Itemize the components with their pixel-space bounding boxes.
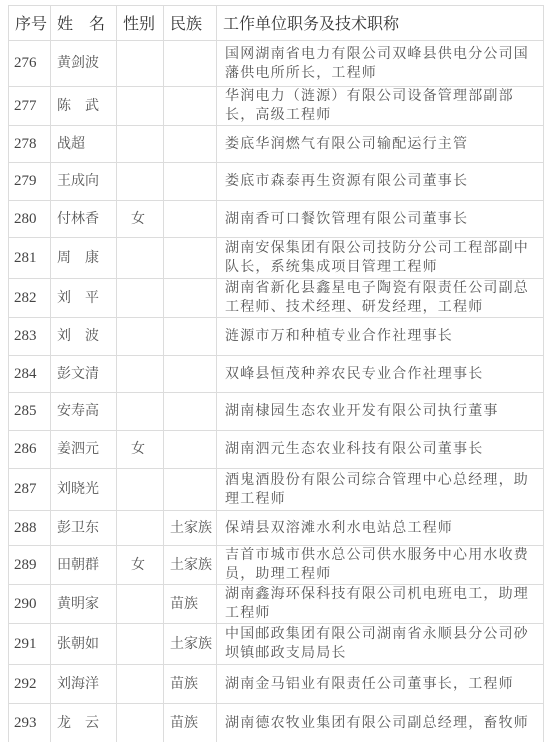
serial-number-cell: 286 xyxy=(9,431,51,469)
name-cell: 田朝群 xyxy=(51,546,117,585)
name-cell: 战超 xyxy=(51,126,117,163)
gender-cell xyxy=(117,393,164,431)
workplace-title-cell: 中国邮政集团有限公司湖南省永顺县分公司砂坝镇邮政支局局长 xyxy=(217,624,544,665)
workplace-title-cell: 吉首市城市供水总公司供水服务中心用水收费员，助理工程师 xyxy=(217,546,544,585)
name-cell: 周 康 xyxy=(51,238,117,279)
ethnicity-cell: 土家族 xyxy=(164,511,217,546)
workplace-title-cell: 酒鬼酒股份有限公司综合管理中心总经理，助理工程师 xyxy=(217,469,544,511)
ethnicity-cell xyxy=(164,279,217,318)
ethnicity-cell xyxy=(164,469,217,511)
workplace-title-cell: 湖南金马铝业有限责任公司董事长，工程师 xyxy=(217,665,544,704)
header-workplace-title: 工作单位职务及技术职称 xyxy=(217,6,544,41)
workplace-title-cell: 国网湖南省电力有限公司双峰县供电分公司国藩供电所所长，工程师 xyxy=(217,41,544,87)
serial-number-cell: 291 xyxy=(9,624,51,665)
name-cell: 安寿高 xyxy=(51,393,117,431)
workplace-title-cell: 湖南德农牧业集团有限公司副总经理，畜牧师 xyxy=(217,704,544,742)
table-row: 292刘海洋苗族湖南金马铝业有限责任公司董事长，工程师 xyxy=(9,665,544,704)
name-cell: 黄明家 xyxy=(51,585,117,624)
ethnicity-cell xyxy=(164,356,217,393)
serial-number-cell: 277 xyxy=(9,87,51,126)
ethnicity-cell xyxy=(164,87,217,126)
gender-cell xyxy=(117,704,164,742)
ethnicity-cell xyxy=(164,318,217,356)
serial-number-cell: 283 xyxy=(9,318,51,356)
table-row: 277陈 武华润电力（涟源）有限公司设备管理部副部长，高级工程师 xyxy=(9,87,544,126)
gender-cell xyxy=(117,279,164,318)
workplace-title-cell: 湖南鑫海环保科技有限公司机电班电工，助理工程师 xyxy=(217,585,544,624)
ethnicity-cell xyxy=(164,238,217,279)
header-name: 姓 名 xyxy=(51,6,117,41)
serial-number-cell: 284 xyxy=(9,356,51,393)
table-header-row: 序号 姓 名 性别 民族 工作单位职务及技术职称 xyxy=(9,6,544,41)
workplace-title-cell: 涟源市万和种植专业合作社理事长 xyxy=(217,318,544,356)
gender-cell xyxy=(117,126,164,163)
name-cell: 刘 平 xyxy=(51,279,117,318)
table-row: 281周 康湖南安保集团有限公司技防分公司工程部副中队长，系统集成项目管理工程师 xyxy=(9,238,544,279)
name-cell: 姜泗元 xyxy=(51,431,117,469)
serial-number-cell: 292 xyxy=(9,665,51,704)
ethnicity-cell xyxy=(164,163,217,201)
ethnicity-cell xyxy=(164,431,217,469)
personnel-table: 序号 姓 名 性别 民族 工作单位职务及技术职称 276黄剑波国网湖南省电力有限… xyxy=(8,5,544,742)
table-row: 279王成向娄底市森泰再生资源有限公司董事长 xyxy=(9,163,544,201)
table-row: 276黄剑波国网湖南省电力有限公司双峰县供电分公司国藩供电所所长，工程师 xyxy=(9,41,544,87)
gender-cell xyxy=(117,624,164,665)
gender-cell xyxy=(117,585,164,624)
table-row: 289田朝群女土家族吉首市城市供水总公司供水服务中心用水收费员，助理工程师 xyxy=(9,546,544,585)
header-ethnicity: 民族 xyxy=(164,6,217,41)
name-cell: 王成向 xyxy=(51,163,117,201)
serial-number-cell: 281 xyxy=(9,238,51,279)
ethnicity-cell xyxy=(164,41,217,87)
gender-cell xyxy=(117,87,164,126)
workplace-title-cell: 娄底华润燃气有限公司输配运行主管 xyxy=(217,126,544,163)
workplace-title-cell: 双峰县恒茂种养农民专业合作社理事长 xyxy=(217,356,544,393)
ethnicity-cell xyxy=(164,393,217,431)
table-row: 291张朝如土家族中国邮政集团有限公司湖南省永顺县分公司砂坝镇邮政支局局长 xyxy=(9,624,544,665)
table-row: 280付林香女湖南香可口餐饮管理有限公司董事长 xyxy=(9,201,544,238)
ethnicity-cell xyxy=(164,201,217,238)
gender-cell xyxy=(117,469,164,511)
serial-number-cell: 287 xyxy=(9,469,51,511)
ethnicity-cell: 苗族 xyxy=(164,585,217,624)
workplace-title-cell: 娄底市森泰再生资源有限公司董事长 xyxy=(217,163,544,201)
serial-number-cell: 285 xyxy=(9,393,51,431)
header-gender: 性别 xyxy=(117,6,164,41)
ethnicity-cell: 土家族 xyxy=(164,546,217,585)
table-row: 282刘 平湖南省新化县鑫星电子陶瓷有限责任公司副总工程师、技术经理、研发经理，… xyxy=(9,279,544,318)
name-cell: 彭卫东 xyxy=(51,511,117,546)
serial-number-cell: 290 xyxy=(9,585,51,624)
table-row: 278战超娄底华润燃气有限公司输配运行主管 xyxy=(9,126,544,163)
gender-cell: 女 xyxy=(117,431,164,469)
serial-number-cell: 279 xyxy=(9,163,51,201)
name-cell: 刘 波 xyxy=(51,318,117,356)
header-serial-number: 序号 xyxy=(9,6,51,41)
table-row: 283刘 波涟源市万和种植专业合作社理事长 xyxy=(9,318,544,356)
gender-cell xyxy=(117,318,164,356)
table-row: 290黄明家苗族湖南鑫海环保科技有限公司机电班电工，助理工程师 xyxy=(9,585,544,624)
gender-cell xyxy=(117,665,164,704)
table-row: 284彭文清双峰县恒茂种养农民专业合作社理事长 xyxy=(9,356,544,393)
ethnicity-cell: 苗族 xyxy=(164,665,217,704)
name-cell: 黄剑波 xyxy=(51,41,117,87)
serial-number-cell: 282 xyxy=(9,279,51,318)
name-cell: 付林香 xyxy=(51,201,117,238)
serial-number-cell: 288 xyxy=(9,511,51,546)
table-row: 288彭卫东土家族保靖县双溶滩水利水电站总工程师 xyxy=(9,511,544,546)
gender-cell xyxy=(117,356,164,393)
table-row: 287刘晓光酒鬼酒股份有限公司综合管理中心总经理，助理工程师 xyxy=(9,469,544,511)
table-row: 293龙 云苗族湖南德农牧业集团有限公司副总经理，畜牧师 xyxy=(9,704,544,742)
serial-number-cell: 276 xyxy=(9,41,51,87)
gender-cell xyxy=(117,41,164,87)
workplace-title-cell: 湖南棣园生态农业开发有限公司执行董事 xyxy=(217,393,544,431)
name-cell: 刘海洋 xyxy=(51,665,117,704)
gender-cell xyxy=(117,511,164,546)
gender-cell xyxy=(117,163,164,201)
gender-cell: 女 xyxy=(117,201,164,238)
ethnicity-cell xyxy=(164,126,217,163)
table-row: 285安寿高湖南棣园生态农业开发有限公司执行董事 xyxy=(9,393,544,431)
workplace-title-cell: 湖南省新化县鑫星电子陶瓷有限责任公司副总工程师、技术经理、研发经理，工程师 xyxy=(217,279,544,318)
serial-number-cell: 280 xyxy=(9,201,51,238)
name-cell: 龙 云 xyxy=(51,704,117,742)
table-row: 286姜泗元女湖南泗元生态农业科技有限公司董事长 xyxy=(9,431,544,469)
gender-cell xyxy=(117,238,164,279)
workplace-title-cell: 保靖县双溶滩水利水电站总工程师 xyxy=(217,511,544,546)
serial-number-cell: 278 xyxy=(9,126,51,163)
name-cell: 刘晓光 xyxy=(51,469,117,511)
workplace-title-cell: 华润电力（涟源）有限公司设备管理部副部长，高级工程师 xyxy=(217,87,544,126)
serial-number-cell: 289 xyxy=(9,546,51,585)
workplace-title-cell: 湖南泗元生态农业科技有限公司董事长 xyxy=(217,431,544,469)
gender-cell: 女 xyxy=(117,546,164,585)
ethnicity-cell: 土家族 xyxy=(164,624,217,665)
name-cell: 张朝如 xyxy=(51,624,117,665)
serial-number-cell: 293 xyxy=(9,704,51,742)
name-cell: 彭文清 xyxy=(51,356,117,393)
workplace-title-cell: 湖南安保集团有限公司技防分公司工程部副中队长，系统集成项目管理工程师 xyxy=(217,238,544,279)
workplace-title-cell: 湖南香可口餐饮管理有限公司董事长 xyxy=(217,201,544,238)
ethnicity-cell: 苗族 xyxy=(164,704,217,742)
name-cell: 陈 武 xyxy=(51,87,117,126)
